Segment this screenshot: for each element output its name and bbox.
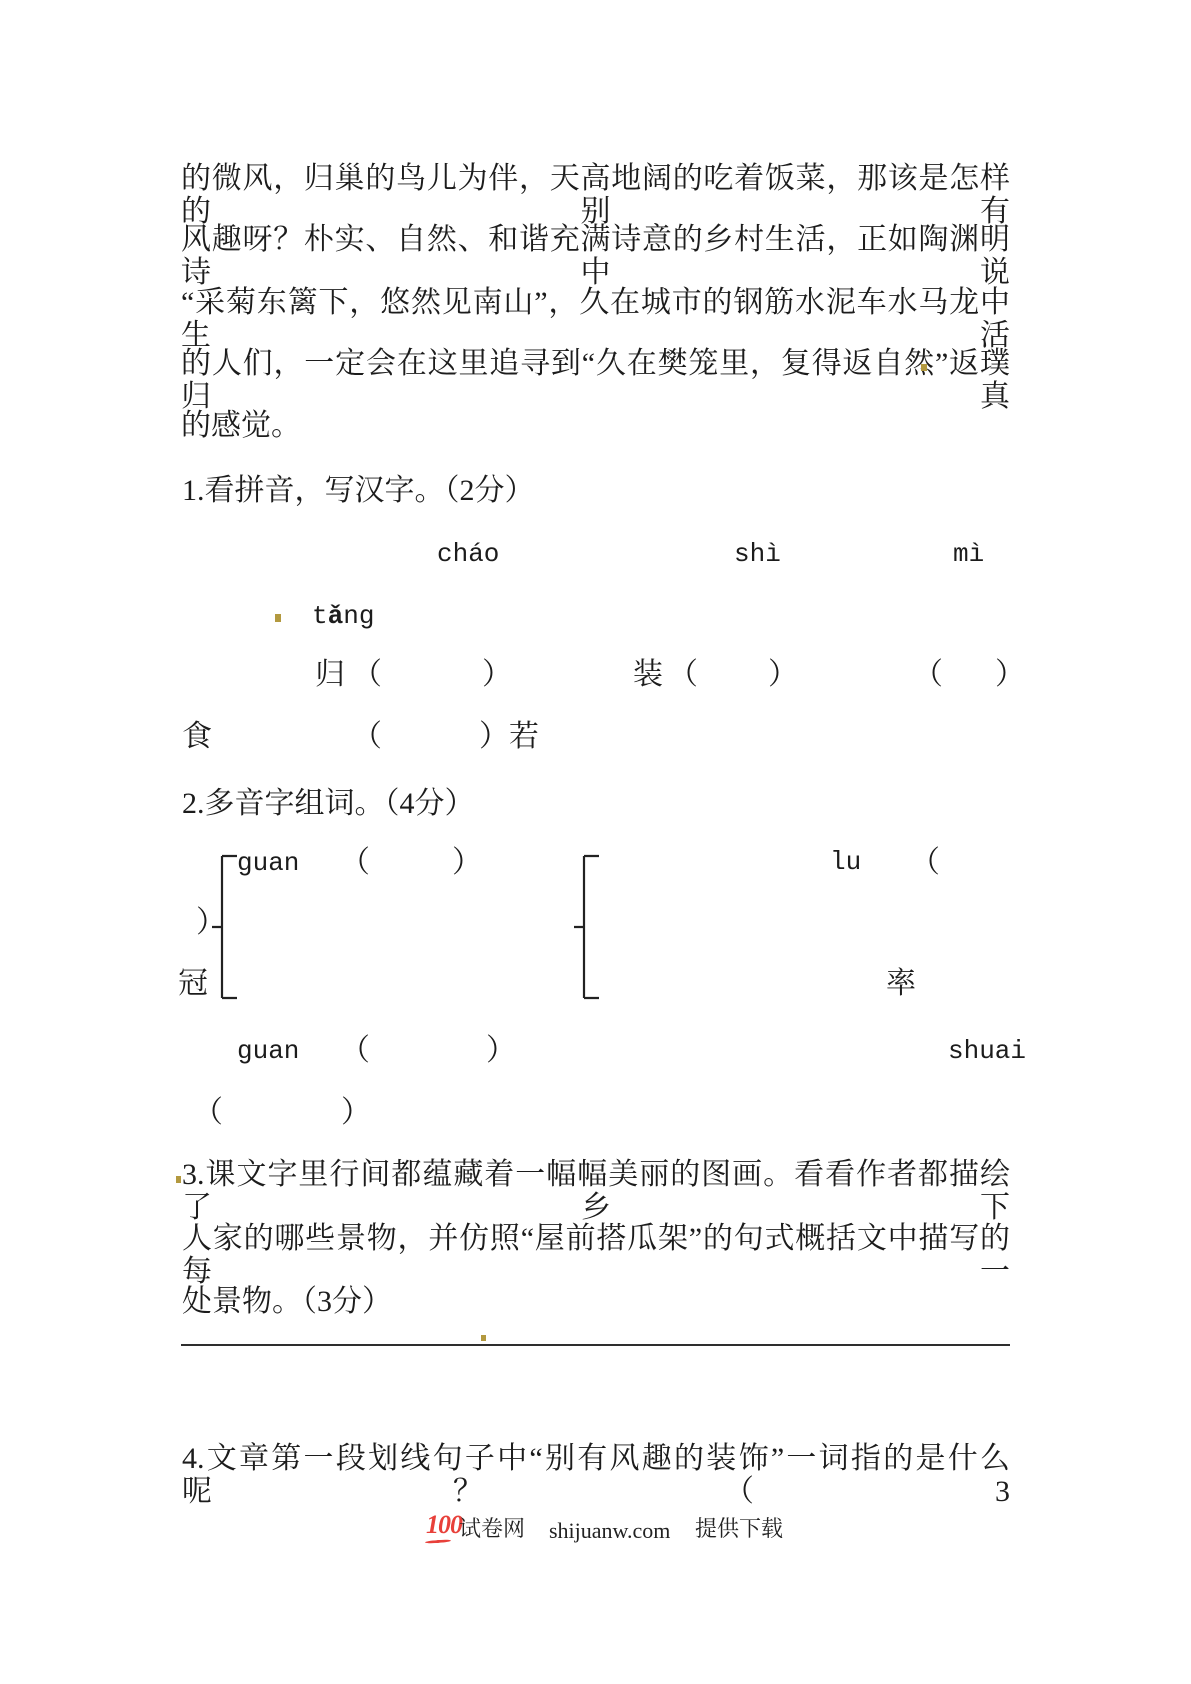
exam-worksheet-page: 的微风，归巢的鸟儿为伴，天高地阔的吃着饭菜，那该是怎样的别有 风趣呀？朴实、自然… bbox=[0, 0, 1191, 1684]
answer-paren-close: ） bbox=[482, 658, 512, 691]
pinyin-tang: tǎng bbox=[312, 601, 374, 631]
question4-text: 4.文章第一段划线句子中“别有风趣的装饰”一词指的是什么呢？（3 bbox=[182, 1442, 1010, 1508]
paragraph-line: 的感觉。 bbox=[181, 409, 301, 442]
answer-paren-open: （ bbox=[340, 1034, 370, 1067]
answer-paren-open: （ bbox=[668, 658, 698, 691]
paragraph-line: 的人们，一定会在这里追寻到“久在樊笼里，复得返自然”返璞归真 bbox=[181, 347, 1010, 413]
char-gui: 归 bbox=[315, 658, 345, 691]
pinyin-tang-t: t bbox=[312, 601, 328, 631]
pinyin-mi: mì bbox=[953, 539, 984, 569]
char-guan: 冠 bbox=[178, 967, 208, 1000]
spellcheck-mark bbox=[481, 1335, 486, 1341]
paragraph-line: 风趣呀？朴实、自然、和谐充满诗意的乡村生活，正如陶渊明诗中说 bbox=[181, 223, 1010, 289]
stray-paren-close: ） bbox=[196, 906, 226, 939]
answer-paren-open: （ bbox=[910, 846, 940, 879]
pinyin-guan: guan bbox=[237, 848, 299, 878]
pinyin-chao: cháo bbox=[437, 539, 499, 569]
pinyin-tang-a: ǎ bbox=[328, 601, 344, 631]
answer-paren-close: ） bbox=[452, 846, 482, 879]
spellcheck-mark bbox=[275, 614, 281, 622]
pinyin-guan: guan bbox=[237, 1036, 299, 1066]
answer-paren-close: ） bbox=[995, 658, 1025, 691]
answer-paren-close: ） bbox=[486, 1034, 516, 1067]
char-ruo: ）若 bbox=[479, 720, 539, 753]
answer-blank-line bbox=[181, 1344, 1010, 1346]
brace-icon bbox=[574, 853, 602, 1001]
answer-paren-close: ） bbox=[341, 1096, 371, 1129]
question3-line: 处景物。（3分） bbox=[182, 1285, 392, 1318]
question3-line: 人家的哪些景物，并仿照“屋前搭瓜架”的句式概括文中描写的每一 bbox=[182, 1222, 1010, 1288]
spellcheck-mark bbox=[921, 364, 927, 371]
pinyin-lu: lu bbox=[830, 847, 861, 877]
pinyin-shuai: shuai bbox=[948, 1036, 1026, 1066]
answer-paren-open: （ bbox=[352, 720, 382, 753]
question2-title: 2.多音字组词。（4分） bbox=[182, 787, 475, 820]
footer-download-note: 提供下载 bbox=[695, 1517, 783, 1541]
answer-paren-open: （ bbox=[352, 658, 382, 691]
footer-logo-100: 100 bbox=[426, 1512, 462, 1538]
paragraph-line: “采菊东篱下，悠然见南山”，久在城市的钢筋水泥车水马龙中生活 bbox=[181, 286, 1010, 352]
question3-line: 3.课文字里行间都蕴藏着一幅幅美丽的图画。看看作者都描绘了乡下 bbox=[182, 1158, 1010, 1224]
pinyin-tang-ng: ng bbox=[343, 601, 374, 631]
pinyin-shi: shì bbox=[734, 539, 781, 569]
answer-paren-open: （ bbox=[193, 1096, 223, 1129]
footer-logo-text: 试卷网 bbox=[459, 1517, 525, 1541]
answer-paren-open: （ bbox=[340, 846, 370, 879]
char-zhuang: 装 bbox=[633, 658, 663, 691]
spellcheck-mark bbox=[176, 1176, 181, 1183]
answer-paren-close: ） bbox=[768, 658, 798, 691]
answer-paren-open: （ bbox=[913, 658, 943, 691]
footer-logo-underline bbox=[425, 1539, 451, 1544]
question1-title: 1.看拼音，写汉字。（2分） bbox=[182, 474, 535, 507]
char-shi: 食 bbox=[182, 720, 212, 753]
paragraph-line: 的微风，归巢的鸟儿为伴，天高地阔的吃着饭菜，那该是怎样的别有 bbox=[181, 162, 1010, 228]
footer-site-url: shijuanw.com bbox=[549, 1519, 670, 1543]
char-lv: 率 bbox=[886, 967, 916, 1000]
